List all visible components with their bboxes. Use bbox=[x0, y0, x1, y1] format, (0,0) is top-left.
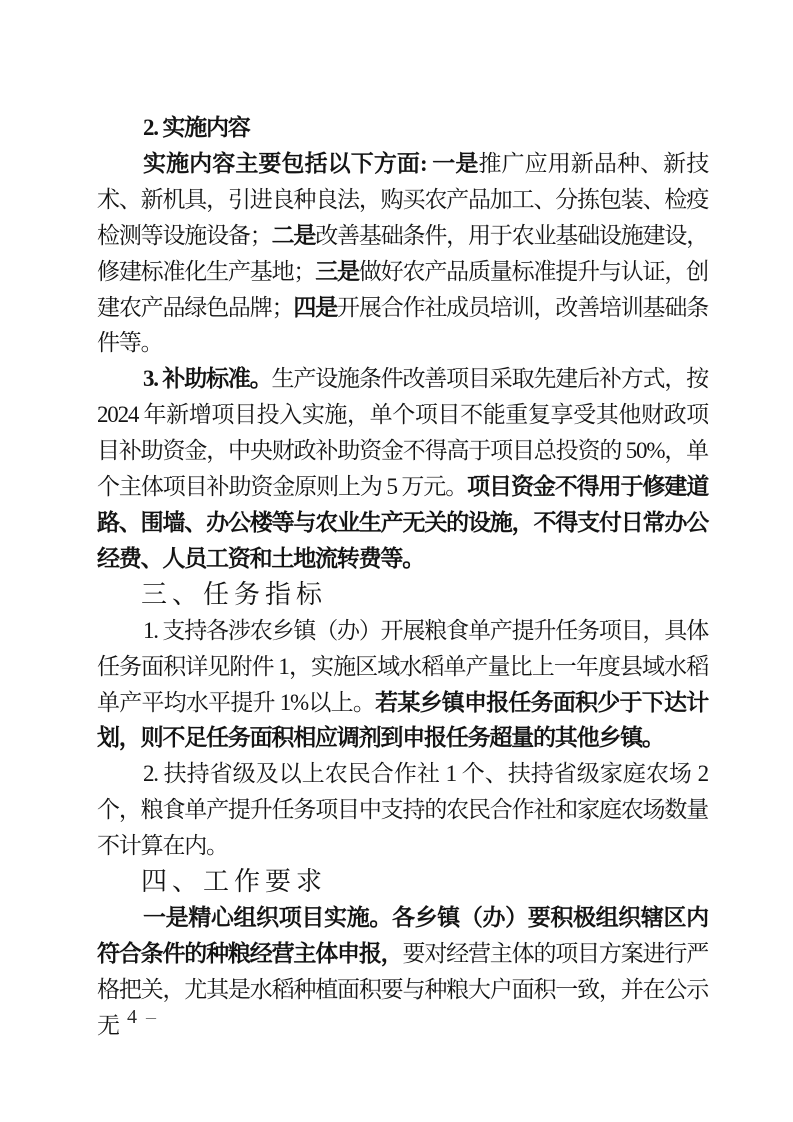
paragraph: 1. 支持各涉农乡镇（办）开展粮食单产提升任务项目，具体任务面积详见附件 1，实… bbox=[97, 613, 708, 757]
text-run: 四、工作要求 bbox=[141, 866, 327, 896]
text-run: 四是 bbox=[293, 295, 337, 320]
text-run: 2. 扶持省级及以上农民合作社 1 个、扶持省级家庭农场 2 个，粮食单产提升任… bbox=[97, 761, 708, 858]
text-run: 三是 bbox=[315, 259, 359, 284]
text-run: 三、任务指标 bbox=[141, 579, 327, 609]
numbered-heading: 2. 实施内容 bbox=[97, 110, 708, 146]
document-body: 2. 实施内容实施内容主要包括以下方面: 一是推广应用新品种、新技术、新机具，引… bbox=[97, 110, 708, 1044]
page-footer: –4– bbox=[108, 1006, 156, 1029]
document-page: 2. 实施内容实施内容主要包括以下方面: 一是推广应用新品种、新技术、新机具，引… bbox=[0, 0, 793, 1122]
page-number: 4 bbox=[127, 1006, 137, 1028]
footer-dash-left: – bbox=[108, 1006, 118, 1028]
text-run: 实施内容主要包括以下方面: 一是 bbox=[143, 151, 478, 176]
paragraph: 实施内容主要包括以下方面: 一是推广应用新品种、新技术、新机具，引进良种良法，购… bbox=[97, 146, 708, 361]
section-heading: 四、工作要求 bbox=[97, 864, 708, 900]
section-heading: 三、任务指标 bbox=[97, 577, 708, 613]
text-run: 3. 补助标准。 bbox=[143, 366, 272, 391]
paragraph: 一是精心组织项目实施。各乡镇（办）要积极组织辖区内符合条件的种粮经营主体申报，要… bbox=[97, 900, 708, 1044]
paragraph: 3. 补助标准。生产设施条件改善项目采取先建后补方式，按 2024 年新增项目投… bbox=[97, 361, 708, 576]
footer-dash-right: – bbox=[146, 1006, 156, 1028]
text-run: 2. 实施内容 bbox=[143, 115, 250, 140]
text-run: 二是 bbox=[272, 223, 316, 248]
paragraph: 2. 扶持省级及以上农民合作社 1 个、扶持省级家庭农场 2 个，粮食单产提升任… bbox=[97, 756, 708, 864]
